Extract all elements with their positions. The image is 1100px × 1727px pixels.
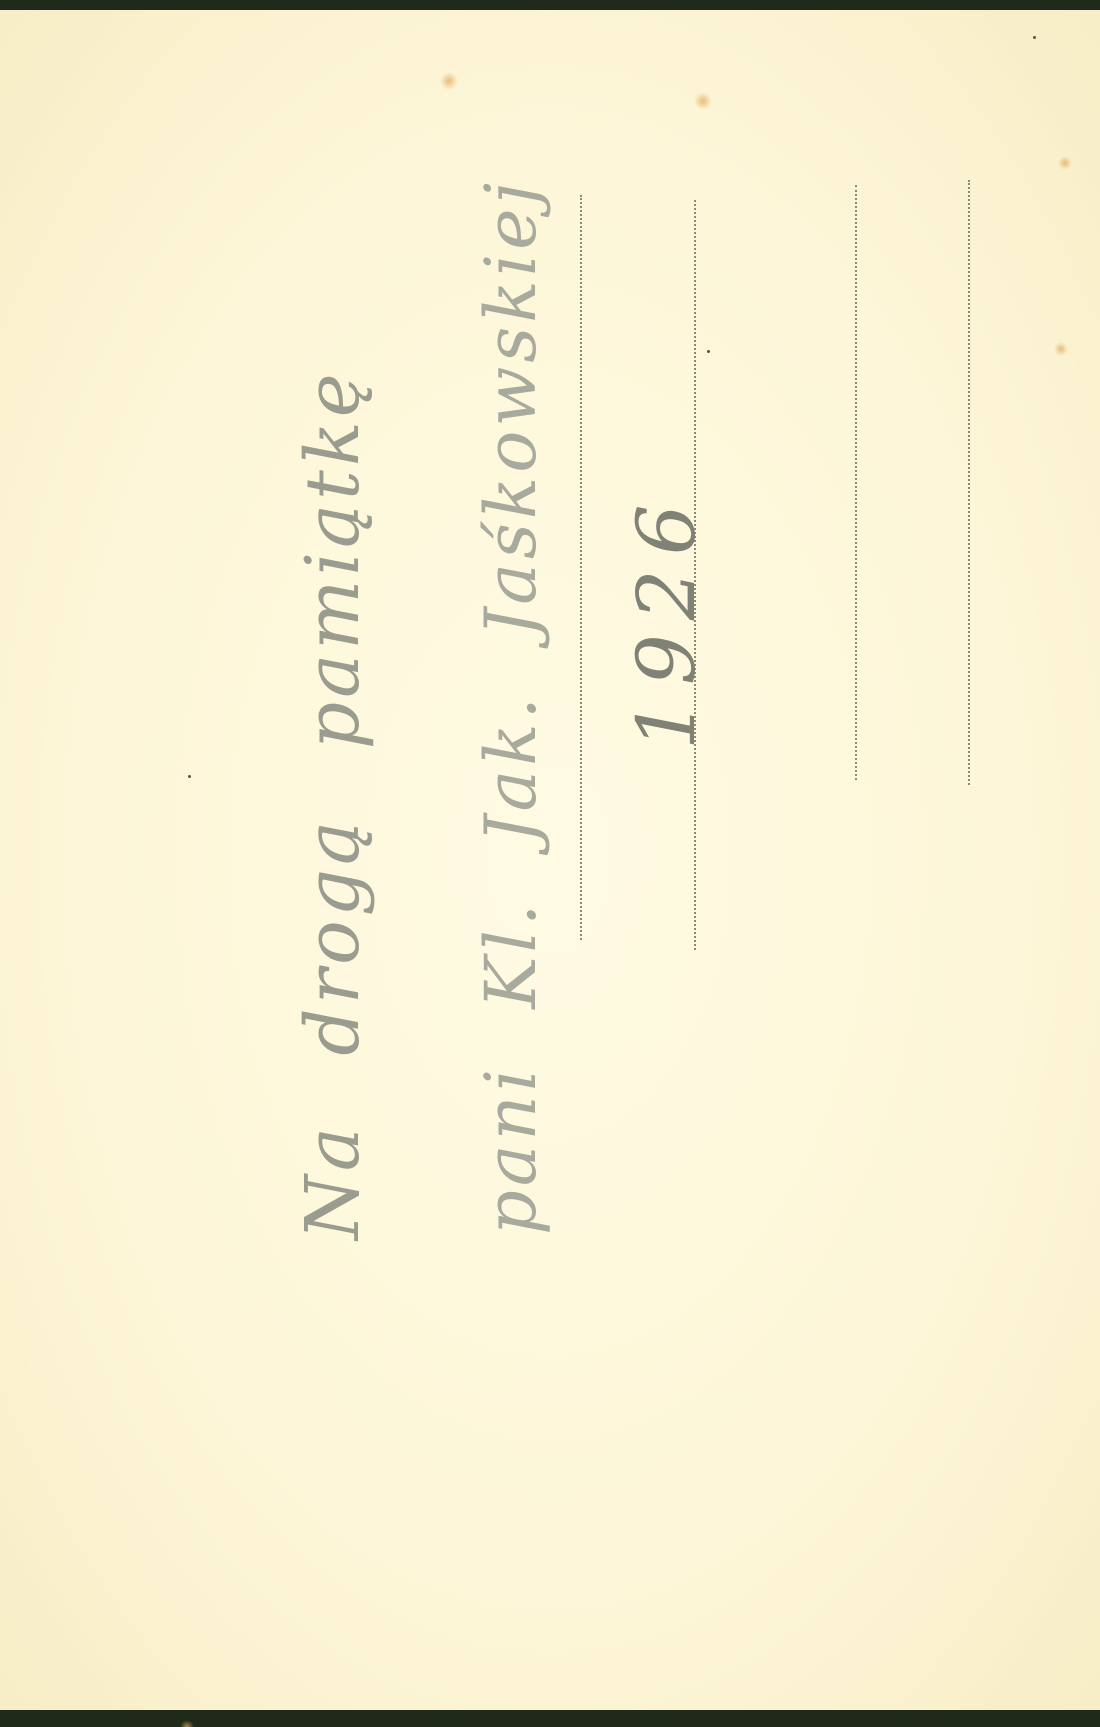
- foxing-stain: [694, 92, 712, 110]
- handwritten-line-2: pani Kl. Jak. Jaśkowskiej: [470, 179, 552, 1235]
- speck: [1033, 36, 1036, 39]
- postcard-back: Na drogą pamiątkę pani Kl. Jak. Jaśkowsk…: [0, 10, 1100, 1710]
- address-dotted-line: [855, 185, 857, 780]
- foxing-stain: [1054, 342, 1068, 356]
- speck: [707, 350, 710, 353]
- address-dotted-line: [968, 180, 970, 785]
- handwritten-date: 1926: [620, 490, 713, 750]
- speck: [188, 775, 191, 778]
- foxing-stain: [440, 72, 458, 90]
- address-dotted-line: [580, 195, 582, 940]
- handwritten-line-1: Na drogą pamiątkę: [290, 369, 376, 1240]
- foxing-stain: [1058, 156, 1072, 170]
- foxing-stain: [180, 1720, 194, 1727]
